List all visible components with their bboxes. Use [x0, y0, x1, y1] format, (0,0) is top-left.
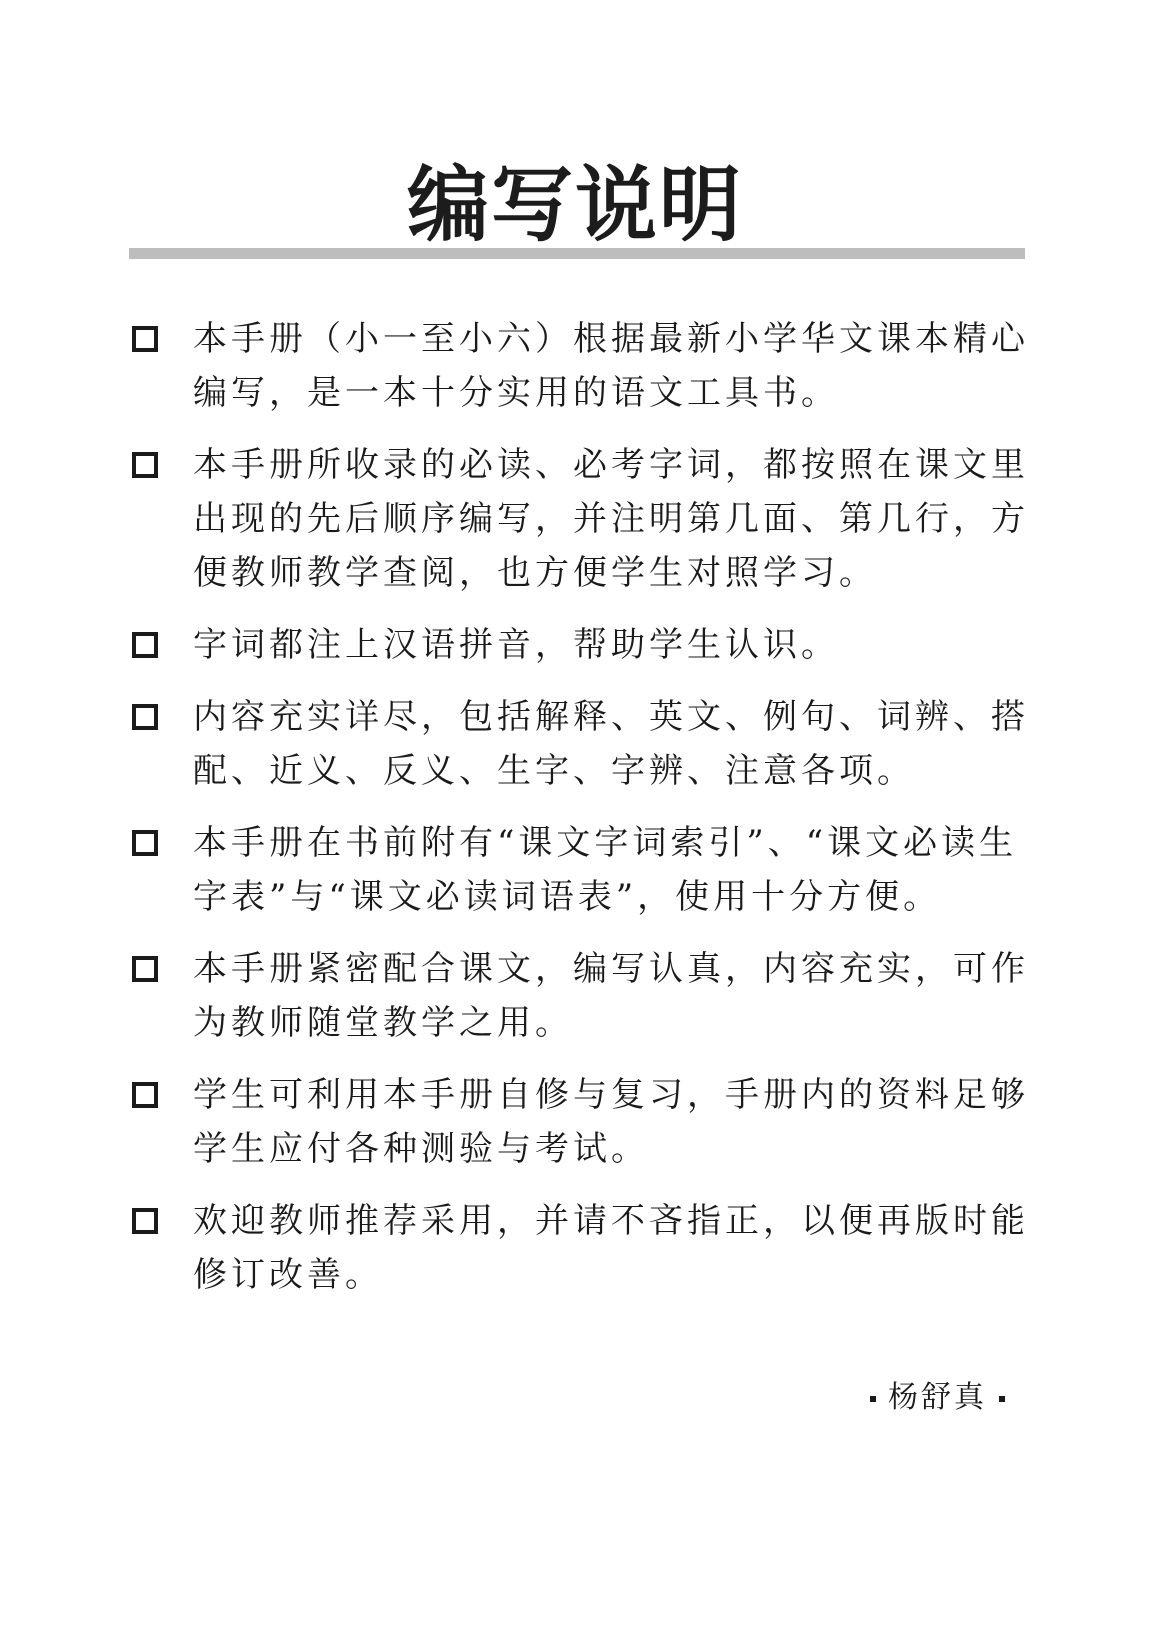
author-signature: 杨舒真 [858, 1372, 1017, 1416]
list-item: 欢迎教师推荐采用，并请不吝指正，以便再版时能修订改善。 [130, 1194, 1030, 1302]
item-text: 本手册（小一至小六）根据最新小学华文课本精心编写，是一本十分实用的语文工具书。 [193, 319, 1029, 413]
checkbox-square-icon [132, 830, 158, 856]
bullet-dot-icon [999, 1396, 1005, 1402]
notes-list: 本手册（小一至小六）根据最新小学华文课本精心编写，是一本十分实用的语文工具书。 … [130, 312, 1030, 1320]
list-item: 学生可利用本手册自修与复习，手册内的资料足够学生应付各种测验与考试。 [130, 1068, 1030, 1176]
list-item: 本手册所收录的必读、必考字词，都按照在课文里出现的先后顺序编写，并注明第几面、第… [130, 438, 1030, 600]
checkbox-square-icon [132, 452, 158, 478]
bullet-dot-icon [870, 1396, 876, 1402]
checkbox-square-icon [132, 632, 158, 658]
item-text: 本手册在书前附有“课文字词索引”、“课文必读生字表”与“课文必读词语表”，使用十… [193, 823, 1017, 917]
list-item: 字词都注上汉语拼音，帮助学生认识。 [130, 618, 1030, 672]
list-item: 本手册在书前附有“课文字词索引”、“课文必读生字表”与“课文必读词语表”，使用十… [130, 816, 1030, 924]
author-name: 杨舒真 [888, 1380, 987, 1415]
item-text: 本手册紧密配合课文，编写认真，内容充实，可作为教师随堂教学之用。 [193, 949, 1029, 1043]
checkbox-square-icon [132, 1208, 158, 1234]
item-text: 内容充实详尽，包括解释、英文、例句、词辨、搭配、近义、反义、生字、字辨、注意各项… [193, 697, 1029, 791]
list-item: 本手册紧密配合课文，编写认真，内容充实，可作为教师随堂教学之用。 [130, 942, 1030, 1050]
list-item: 本手册（小一至小六）根据最新小学华文课本精心编写，是一本十分实用的语文工具书。 [130, 312, 1030, 420]
checkbox-square-icon [132, 956, 158, 982]
title-divider [129, 248, 1025, 259]
item-text: 学生可利用本手册自修与复习，手册内的资料足够学生应付各种测验与考试。 [193, 1075, 1029, 1169]
page-title: 编写说明 [0, 165, 1150, 247]
item-text: 本手册所收录的必读、必考字词，都按照在课文里出现的先后顺序编写，并注明第几面、第… [193, 445, 1029, 593]
checkbox-square-icon [132, 326, 158, 352]
checkbox-square-icon [132, 1082, 158, 1108]
item-text: 字词都注上汉语拼音，帮助学生认识。 [193, 625, 839, 665]
list-item: 内容充实详尽，包括解释、英文、例句、词辨、搭配、近义、反义、生字、字辨、注意各项… [130, 690, 1030, 798]
checkbox-square-icon [132, 704, 158, 730]
item-text: 欢迎教师推荐采用，并请不吝指正，以便再版时能修订改善。 [193, 1201, 1029, 1295]
